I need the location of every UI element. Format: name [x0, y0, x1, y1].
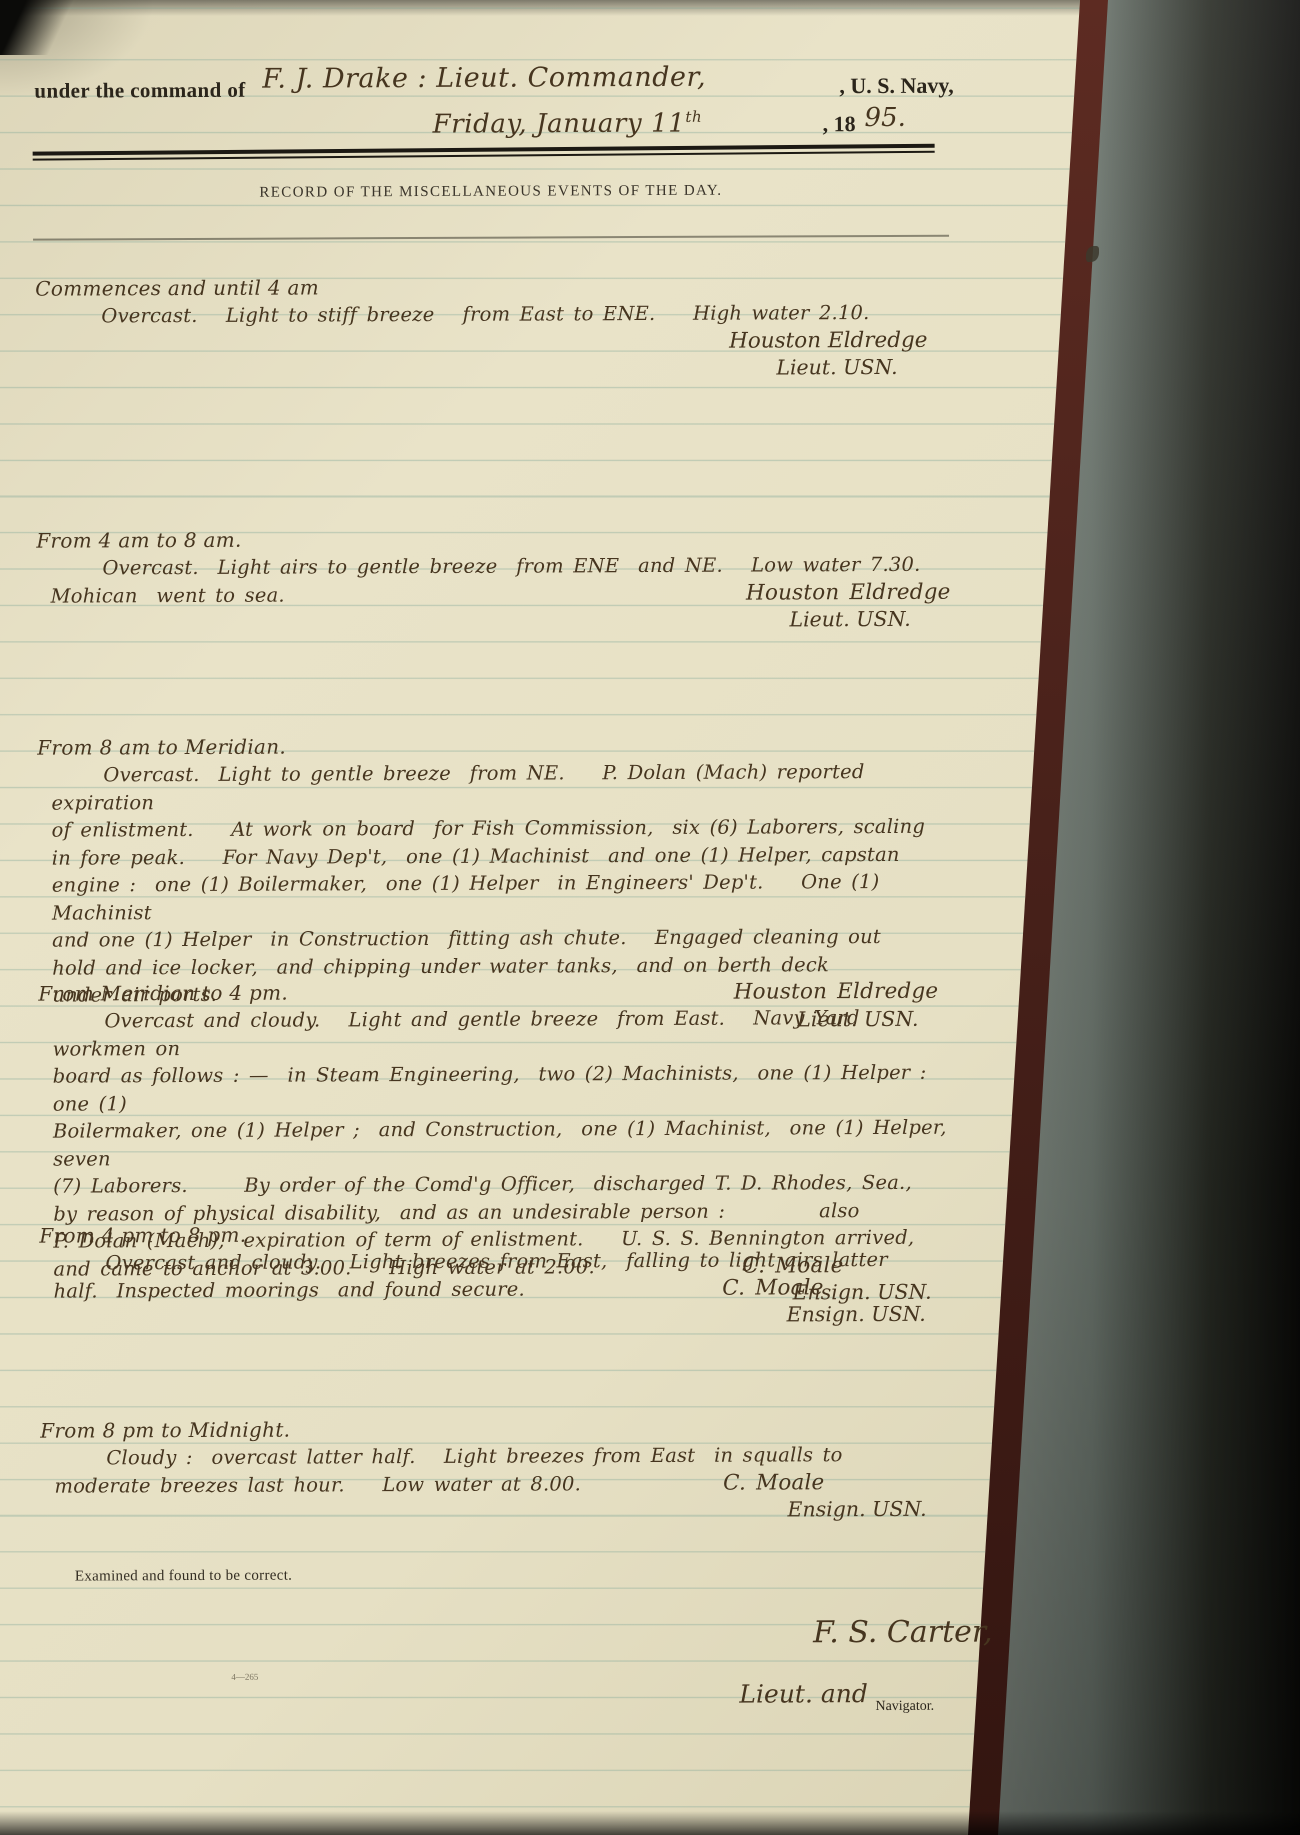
navigator-rank-handwritten: Lieut. and: [739, 1679, 868, 1709]
date-handwritten: Friday, January 11th: [432, 108, 702, 140]
entry-line: (7) Laborers. By order of the Comd'g Off…: [39, 1169, 961, 1201]
entry-line: in fore peak. For Navy Dep't, one (1) Ma…: [38, 840, 960, 872]
log-entry-4pm-8pm: From 4 pm to 8 pm. Overcast and cloudy. …: [39, 1218, 961, 1333]
form-number: 4—265: [231, 1672, 258, 1682]
examined-note: Examined and found to be correct.: [75, 1568, 292, 1586]
officer-signature: C. Moale: [723, 1469, 824, 1497]
entry-line: Cloudy : overcast latter half. Light bre…: [40, 1441, 962, 1473]
entry-line-text: moderate breezes last hour. Low water at…: [54, 1470, 581, 1500]
printed-us-navy-label: , U. S. Navy,: [839, 73, 953, 99]
officer-rank: Lieut. USN.: [36, 354, 958, 386]
officer-signature: Houston Eldredge: [35, 326, 957, 358]
printed-command-label: under the command of: [34, 78, 245, 104]
entry-line: Overcast. Light to gentle breeze from NE…: [37, 758, 959, 817]
commander-name-handwritten: F. J. Drake : Lieut. Commander,: [262, 62, 706, 95]
entry-line: moderate breezes last hour. Low water at…: [40, 1468, 962, 1500]
entry-line: half. Inspected moorings and found secur…: [40, 1273, 962, 1305]
entry-line: engine : one (1) Boilermaker, one (1) He…: [38, 868, 960, 927]
entry-line: Overcast. Light to stiff breeze from Eas…: [35, 299, 957, 331]
log-entry-commences-4am: Commences and until 4 am Overcast. Light…: [35, 271, 957, 386]
page-content: under the command of F. J. Drake : Lieut…: [0, 0, 1300, 1835]
entry-line: Mohican went to sea. Houston Eldredge: [37, 578, 959, 610]
log-entry-8pm-midnight: From 8 pm to Midnight. Cloudy : overcast…: [40, 1413, 962, 1528]
printed-year-prefix: , 18: [822, 111, 855, 137]
navigator-signature: F. S. Carter,: [813, 1615, 992, 1651]
entry-heading: From 8 pm to Midnight.: [40, 1413, 962, 1445]
officer-signature: C. Moale: [722, 1274, 823, 1302]
entry-line-text: half. Inspected moorings and found secur…: [54, 1275, 525, 1305]
logbook-photo: under the command of F. J. Drake : Lieut…: [0, 0, 1300, 1835]
entry-line: Boilermaker, one (1) Helper ; and Constr…: [39, 1114, 961, 1173]
date-text: Friday, January 11: [432, 108, 685, 139]
entry-heading: From Meridian to 4 pm.: [38, 976, 960, 1008]
printed-navigator-label: Navigator.: [875, 1699, 934, 1715]
log-entry-4am-8am: From 4 am to 8 am. Overcast. Light airs …: [36, 523, 958, 638]
entry-line: of enlistment. At work on board for Fish…: [38, 813, 960, 845]
entry-line: Overcast. Light airs to gentle breeze fr…: [36, 551, 958, 583]
entry-line: board as follows : — in Steam Engineerin…: [39, 1059, 961, 1118]
entry-line: and one (1) Helper in Construction fitti…: [38, 923, 960, 955]
officer-rank: Ensign. USN.: [40, 1301, 962, 1333]
year-handwritten: 95.: [864, 103, 905, 133]
photo-bottom-shadow: [0, 1811, 1300, 1835]
entry-heading: From 8 am to Meridian.: [37, 730, 959, 762]
officer-rank: Ensign. USN.: [41, 1496, 963, 1528]
date-ordinal-suffix: th: [685, 108, 702, 126]
officer-rank: Lieut. USN.: [37, 606, 959, 638]
entry-heading: From 4 am to 8 am.: [36, 523, 958, 555]
entry-line: Overcast and cloudy. Light breezes from …: [39, 1246, 961, 1278]
header-double-rule: [33, 144, 935, 161]
section-rule: [33, 235, 949, 240]
officer-signature: Houston Eldredge: [746, 578, 951, 606]
entry-heading: From 4 pm to 8 pm.: [39, 1218, 961, 1250]
entry-heading: Commences and until 4 am: [35, 271, 957, 303]
entry-line-text: Mohican went to sea.: [51, 581, 285, 610]
section-title: RECORD OF THE MISCELLANEOUS EVENTS OF TH…: [33, 182, 949, 203]
entry-line: Overcast and cloudy. Light and gentle br…: [38, 1004, 960, 1063]
